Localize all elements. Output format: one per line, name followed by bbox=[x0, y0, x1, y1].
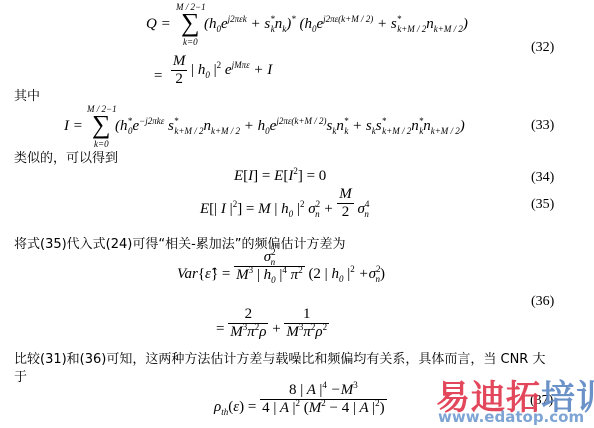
equation-32-line2: = M2 | h0 |2 ejMπε + I bbox=[153, 53, 272, 88]
equation-33: I = M / 2−1 ∑ k=0 (h*0e−j2πkε s*k+M / 2n… bbox=[64, 106, 534, 142]
sigma-icon: ∑ bbox=[181, 10, 200, 36]
equation-34: E[I] = E[I2] = 0 bbox=[234, 168, 326, 185]
equation-number-36: (36) bbox=[531, 294, 554, 310]
paragraph-compare-line2: 于 bbox=[14, 366, 27, 385]
equation-37: ρth(ε) = 8 | A |4 −M34 | A |2 (M2 − 4 | … bbox=[214, 382, 387, 417]
paragraph-similar: 类似的，可以得到 bbox=[14, 147, 118, 166]
sigma-icon: ∑ bbox=[92, 112, 111, 138]
equation-number-33: (33) bbox=[531, 118, 554, 134]
eq33-lhs: I = bbox=[64, 118, 83, 135]
watermark-url: www.edatop.com bbox=[438, 408, 584, 426]
equation-36-line1: Var{ε̂} = σ2nM3 | h0 |4 π2 (2 | h0 |2 +σ… bbox=[177, 249, 385, 284]
sum-lower-limit: k=0 bbox=[183, 37, 198, 47]
eq32-body: (h0ej2πεk + s*knk)* (h0ej2πε(k+M / 2) + … bbox=[204, 16, 468, 33]
paragraph-compare-line1: 比较(31)和(36)可知，这两种方法估计方差与载噪比和频偏均有关系，具体而言，… bbox=[14, 348, 545, 367]
equation-number-34: (34) bbox=[531, 170, 554, 186]
equation-number-32: (32) bbox=[531, 40, 554, 56]
equation-36-line2: = 2M3π2ρ + 1M3π2ρ2 bbox=[216, 306, 329, 341]
equation-35: E[| I |2] = M | h0 |2 σ2n + M2 σ4n bbox=[200, 186, 369, 221]
paragraph-qizhong: 其中 bbox=[14, 85, 40, 104]
eq32-lhs: Q = bbox=[146, 16, 171, 33]
eq33-body: (h*0e−j2πkε s*k+M / 2nk+M / 2 + h0ej2πε(… bbox=[115, 118, 465, 135]
equation-number-35: (35) bbox=[531, 197, 554, 213]
